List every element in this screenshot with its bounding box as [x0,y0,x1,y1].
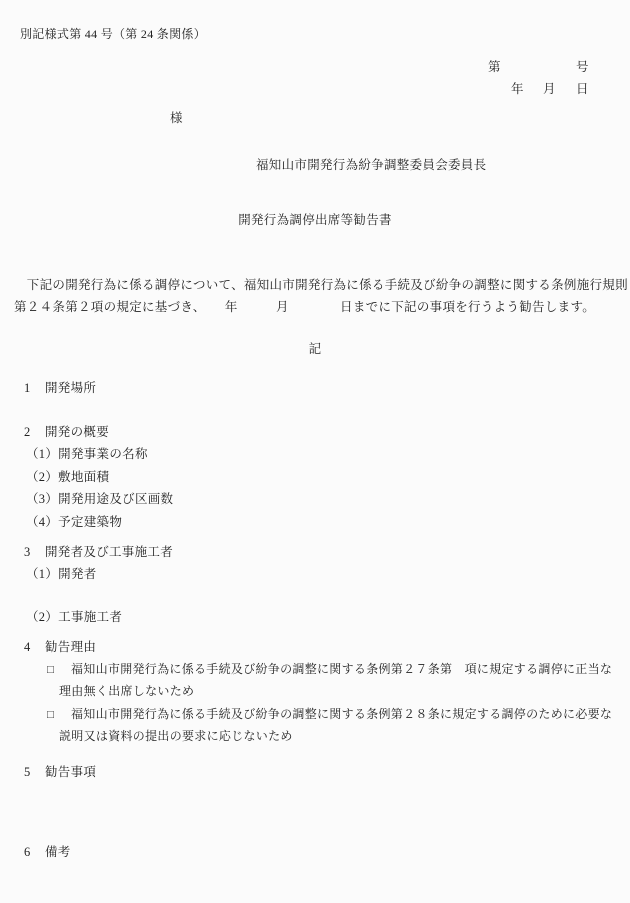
section-2-title: 開発の概要 [45,424,109,440]
section-2-item-1: （1）開発事業の名称 [26,446,148,462]
section-2-item-4: （4）予定建築物 [26,514,122,530]
record-marker: 記 [0,341,630,357]
reason-2-checkbox[interactable]: □ [47,707,54,723]
date-month-label: 月 [543,81,556,97]
section-6-number: 6 [24,844,31,860]
section-3-item-2: （2）工事施工者 [26,609,122,625]
section-4-number: 4 [24,639,31,655]
section-2-item-2: （2）敷地面積 [26,469,109,485]
document-title: 開発行為調停出席等勧告書 [0,212,630,228]
section-2-number: 2 [24,424,31,440]
section-4-title: 勧告理由 [45,639,96,655]
section-3-title: 開発者及び工事施工者 [45,544,173,560]
reason-2-line-1: 福知山市開発行為に係る手続及び紛争の調整に関する条例第２８条に規定する調停のため… [71,706,612,722]
section-2-item-3: （3）開発用途及び区画数 [26,491,173,507]
section-5-number: 5 [24,764,31,780]
date-day-label: 日 [576,81,589,97]
document-page: 別記様式第 44 号（第 24 条関係） 第 号 年 月 日 様 福知山市開発行… [0,0,630,903]
section-3-number: 3 [24,544,31,560]
reason-2-line-2: 説明又は資料の提出の要求に応じないため [59,728,293,744]
addressee-honorific: 様 [170,110,183,126]
section-1-number: 1 [24,380,31,396]
reason-1-line-2: 理由無く出席しないため [59,683,194,699]
document-number-suffix: 号 [576,59,589,75]
section-6-title: 備考 [45,844,71,860]
document-number-prefix: 第 [488,59,501,75]
section-5-title: 勧告事項 [45,764,96,780]
reason-1-line-1: 福知山市開発行為に係る手続及び紛争の調整に関する条例第２７条第 項に規定する調停… [71,661,612,677]
section-3-item-1: （1）開発者 [26,566,97,582]
reason-1-checkbox[interactable]: □ [47,662,54,678]
section-1-title: 開発場所 [45,380,96,396]
preamble-line-1: 下記の開発行為に係る調停について、福知山市開発行為に係る手続及び紛争の調整に関す… [14,277,628,293]
date-year-label: 年 [511,81,524,97]
issuer-title: 福知山市開発行為紛争調整委員会委員長 [256,157,486,173]
form-reference: 別記様式第 44 号（第 24 条関係） [20,26,206,42]
preamble-line-2: 第２４条第２項の規定に基づき、 年 月 日までに下記の事項を行うよう勧告します。 [14,299,595,315]
